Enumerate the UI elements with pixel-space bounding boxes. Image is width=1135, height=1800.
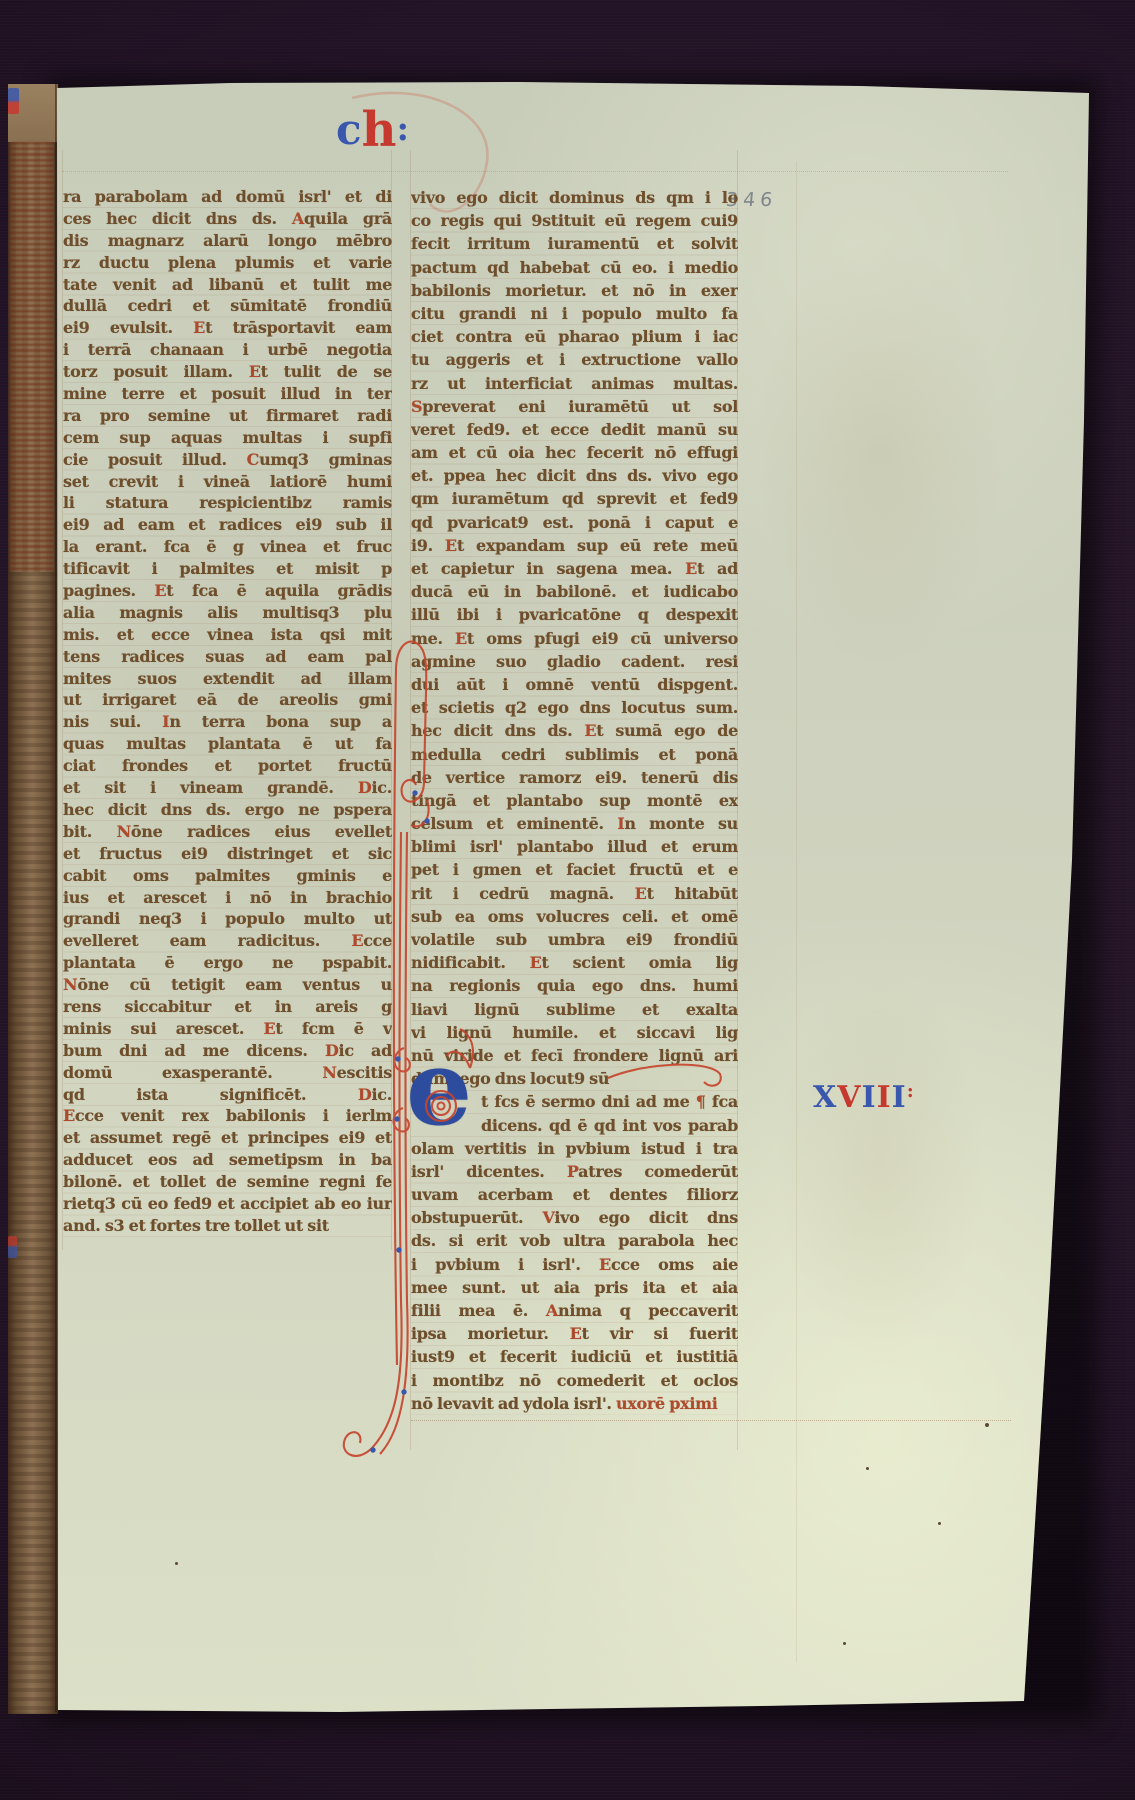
text-line: ciat frondes et portet fructū bbox=[63, 755, 392, 777]
rubricated-letter: : bbox=[907, 1080, 915, 1102]
text-line: mee sunt. ut aia pris ita et aia bbox=[411, 1276, 738, 1299]
script-text: escitis bbox=[337, 1063, 392, 1082]
script-text: pagines. bbox=[63, 581, 154, 600]
script-text: ivo ego dicit dns bbox=[554, 1208, 738, 1227]
text-line: adducet eos ad semetipsm in ba bbox=[63, 1149, 392, 1171]
text-line: mites suos extendit ad illam bbox=[63, 668, 392, 690]
script-text: et capietur in sagena mea. bbox=[411, 559, 685, 578]
text-line: qd ista significēt. Dic. bbox=[63, 1084, 392, 1106]
text-line: i montibz nō comederit et oclos bbox=[411, 1369, 738, 1392]
script-text: uvam acerbam et dentes filiorz bbox=[411, 1185, 738, 1204]
adjacent-folio-title-mark bbox=[8, 88, 19, 114]
script-text: liavi lignū sublime et exalta bbox=[411, 1000, 738, 1019]
script-text: vi lignū humile. et siccavi lig bbox=[411, 1023, 738, 1042]
manuscript-photo: { "folio_number": "346", "running_title"… bbox=[0, 0, 1135, 1800]
text-line: minis sui arescet. Et fcm ē v bbox=[63, 1018, 392, 1040]
speck bbox=[985, 1423, 989, 1427]
script-text: t sumā ego de bbox=[596, 721, 738, 740]
script-text: olam vertitis in pvbium istud i tra bbox=[411, 1139, 738, 1158]
rubricated-letter: P bbox=[567, 1162, 578, 1181]
script-text: t oms pfugi ei9 cū universo bbox=[467, 629, 738, 648]
fore-edge-of-underlying-folios bbox=[8, 84, 58, 1714]
script-text: preverat eni iuramētū ut sol bbox=[422, 397, 738, 416]
text-line: filii mea ē. Anima q peccaverit bbox=[411, 1299, 738, 1322]
script-text: ducā eū in babilonē. et iudicabo bbox=[411, 582, 738, 601]
text-line: alia magnis alis multisq3 plu bbox=[63, 602, 392, 624]
text-column-left: ra parabolam ad domū isrl' et dices hec … bbox=[63, 186, 392, 1237]
script-text: citu grandi ni i populo multo fa bbox=[411, 304, 738, 323]
script-text: tingā et plantabo sup montē ex bbox=[411, 791, 738, 810]
text-line: medulla cedri sublimis et ponā bbox=[411, 743, 738, 766]
script-text: t trāsportavit eam bbox=[205, 318, 392, 337]
script-text: t hitabūt bbox=[647, 884, 738, 903]
text-line: ut irrigaret eā de areolis gmi bbox=[63, 689, 392, 711]
text-line: bilonē. et tollet de semine regni fe bbox=[63, 1171, 392, 1193]
script-text: dicens. qd ē qd int vos parab bbox=[481, 1116, 738, 1135]
text-line: dullā cedri et sūmitatē frondiū bbox=[63, 295, 392, 317]
script-text: medulla cedri sublimis et ponā bbox=[411, 745, 738, 764]
script-text: ōne radices eius evellet bbox=[131, 822, 392, 841]
text-line: rz ductu plena plumis et varie bbox=[63, 252, 392, 274]
script-text: co regis qui 9stituit eū regem cui9 bbox=[411, 211, 738, 230]
ruling-vertical-line bbox=[391, 150, 392, 1250]
script-text: mee sunt. ut aia pris ita et aia bbox=[411, 1278, 738, 1297]
fore-edge-lower bbox=[8, 572, 58, 1714]
script-text: rz ut interficiat animas multas. bbox=[411, 374, 738, 393]
script-text: am et cū oia hec fecerit nō effugi bbox=[411, 443, 738, 462]
text-line: dui aūt i omnē ventū dispgent. bbox=[411, 673, 738, 696]
script-text: rit i cedrū magnā. bbox=[411, 884, 635, 903]
script-text: t vir si fuerit bbox=[582, 1324, 738, 1343]
text-line: bit. Nōne radices eius evellet bbox=[63, 821, 392, 843]
ruling-vertical-line bbox=[62, 150, 63, 1250]
text-line: torz posuit illam. Et tulit de se bbox=[63, 361, 392, 383]
script-text: et fructus ei9 distringet et sic bbox=[63, 844, 392, 863]
rubricated-letter: V bbox=[837, 1080, 861, 1115]
text-line: mis. et ecce vinea ista qsi mit bbox=[63, 624, 392, 646]
rubricated-letter: E bbox=[584, 721, 596, 740]
script-text: bilonē. et tollet de semine regni fe bbox=[63, 1172, 392, 1191]
script-text: na regionis quia ego dns. humi bbox=[411, 976, 738, 995]
script-text: la erant. fca ē g vinea et fruc bbox=[63, 537, 392, 556]
text-column-right: vivo ego dicit dominus ds qm i loco regi… bbox=[411, 186, 738, 1415]
script-text: ra pro semine ut firmaret radi bbox=[63, 406, 392, 425]
text-line: pactum qd habebat cū eo. i medio bbox=[411, 256, 738, 279]
text-line: la erant. fca ē g vinea et fruc bbox=[63, 536, 392, 558]
script-text: pactum qd habebat cū eo. i medio bbox=[411, 258, 738, 277]
rubricated-letter: E bbox=[445, 536, 457, 555]
text-line: mine terre et posuit illud in ter bbox=[63, 383, 392, 405]
rubricated-letter: E bbox=[154, 581, 166, 600]
text-line: liavi lignū sublime et exalta bbox=[411, 998, 738, 1021]
script-text: me. bbox=[411, 629, 455, 648]
script-text: t tulit de se bbox=[261, 362, 392, 381]
rubricated-letter: A bbox=[292, 209, 304, 228]
rubricated-letter: D bbox=[358, 1085, 372, 1104]
ruling-horizontal-line bbox=[62, 171, 1008, 172]
chapter-number-xviii: XVIII: bbox=[813, 1082, 915, 1113]
script-text: nima q peccaverit bbox=[558, 1301, 738, 1320]
script-text: cce oms aie bbox=[611, 1255, 738, 1274]
text-line: olam vertitis in pvbium istud i tra bbox=[411, 1137, 738, 1160]
script-text: ōne cū tetigit eam ventus u bbox=[77, 975, 392, 994]
script-text: ei9 evulsit. bbox=[63, 318, 193, 337]
script-text: cabit oms palmites gminis e bbox=[63, 866, 392, 885]
script-text: sub ea oms volucres celi. et omē bbox=[411, 907, 738, 926]
text-line: vivo ego dicit dominus ds qm i lo bbox=[411, 186, 738, 209]
script-text: adducet eos ad semetipsm in ba bbox=[63, 1150, 392, 1169]
script-text: n terra bona sup a bbox=[169, 712, 392, 731]
rubricated-letter: E bbox=[63, 1106, 75, 1125]
script-text: blimi isrl' plantabo illud et erum bbox=[411, 837, 738, 856]
penwork-red-strokes bbox=[344, 93, 721, 1456]
rubricated-letter: c bbox=[336, 109, 362, 151]
script-text: plantata ē ergo ne pspabit. bbox=[63, 953, 392, 972]
parchment-stain bbox=[775, 970, 985, 1360]
rubricated-letter: I bbox=[892, 1080, 907, 1115]
script-text: ciat frondes et portet fructū bbox=[63, 756, 392, 775]
text-line: veret fed9. et ecce dedit manū su bbox=[411, 418, 738, 441]
script-text: t expandam sup eū rete meū bbox=[457, 536, 738, 555]
rubricated-letter: E bbox=[249, 362, 261, 381]
script-text: cce venit rex babilonis i ierlm bbox=[75, 1106, 392, 1125]
script-text: t fca ē aquila grādis bbox=[166, 581, 392, 600]
text-line: et fructus ei9 distringet et sic bbox=[63, 843, 392, 865]
text-line: uvam acerbam et dentes filiorz bbox=[411, 1183, 738, 1206]
folio-number: 346 bbox=[725, 189, 778, 211]
text-line: fecit irritum iuramentū et solvit bbox=[411, 232, 738, 255]
text-line: i terrā chanaan i urbē negotia bbox=[63, 339, 392, 361]
script-text: de vertice ramorz ei9. tenerū dis bbox=[411, 768, 738, 787]
script-text: set crevit i vineā latiorē humi bbox=[63, 472, 392, 491]
text-line: vi lignū humile. et siccavi lig bbox=[411, 1021, 738, 1044]
rubricated-letter: N bbox=[63, 975, 77, 994]
script-text: ei9 ad eam et radices ei9 sub il bbox=[63, 515, 392, 534]
script-text: torz posuit illam. bbox=[63, 362, 249, 381]
script-text: fca bbox=[706, 1092, 738, 1111]
rubricated-letter: E bbox=[455, 629, 467, 648]
speck bbox=[843, 1642, 846, 1645]
text-line: Spreverat eni iuramētū ut sol bbox=[411, 395, 738, 418]
script-text: hec dicit dns ds. bbox=[411, 721, 584, 740]
speck bbox=[938, 1522, 941, 1525]
text-line: illū ibi i pvaricatōne q despexit bbox=[411, 603, 738, 626]
rubricated-letter: ¶ bbox=[696, 1092, 706, 1111]
text-line: tate venit ad libanū et tulit me bbox=[63, 274, 392, 296]
text-line: babilonis morietur. et nō in exer bbox=[411, 279, 738, 302]
rubricated-letter: : bbox=[396, 112, 409, 146]
adjacent-folio-mark bbox=[8, 1236, 17, 1258]
script-text: agmine suo gladio cadent. resi bbox=[411, 652, 738, 671]
penwork-blue-dots bbox=[370, 790, 429, 1452]
rubricated-letter: E bbox=[599, 1255, 611, 1274]
text-line: ra parabolam ad domū isrl' et di bbox=[63, 186, 392, 208]
rubricated-letter: I bbox=[877, 1080, 892, 1115]
rubricated-letter: E bbox=[264, 1019, 276, 1038]
text-line: plantata ē ergo ne pspabit. bbox=[63, 952, 392, 974]
script-text: quila grā bbox=[304, 209, 392, 228]
text-line: de vertice ramorz ei9. tenerū dis bbox=[411, 766, 738, 789]
script-text: ipsa morietur. bbox=[411, 1324, 570, 1343]
rubricated-letter: E bbox=[685, 559, 697, 578]
text-line: li statura respicientibz ramis bbox=[63, 492, 392, 514]
text-line: celsum et eminentē. In monte su bbox=[411, 812, 738, 835]
script-text: domū exasperantē. bbox=[63, 1063, 322, 1082]
script-text: li statura respicientibz ramis bbox=[63, 493, 392, 512]
script-text: ces hec dicit dns ds. bbox=[63, 209, 292, 228]
script-text: ius et arescet i nō in brachio bbox=[63, 888, 392, 907]
script-text: n monte su bbox=[624, 814, 738, 833]
script-text: cce bbox=[363, 931, 392, 950]
running-title: ch: bbox=[336, 106, 409, 154]
text-line: tu aggeris et i extructione vallo bbox=[411, 348, 738, 371]
text-line: rens siccabitur et in areis g bbox=[63, 996, 392, 1018]
text-line: isrl' dicentes. Patres comederūt bbox=[411, 1160, 738, 1183]
script-text: et scietis q2 ego dns locutus sum. bbox=[411, 698, 738, 717]
rubricated-letter: A bbox=[546, 1301, 558, 1320]
script-text: ic. bbox=[372, 1085, 393, 1104]
script-text: qm iuramētum qd sprevit et fed9 bbox=[411, 489, 738, 508]
text-line: tens radices suas ad eam pal bbox=[63, 646, 392, 668]
script-text: mites suos extendit ad illam bbox=[63, 669, 392, 688]
text-line: Nōne cū tetigit eam ventus u bbox=[63, 974, 392, 996]
text-line: Ecce venit rex babilonis i ierlm bbox=[63, 1105, 392, 1127]
text-line: nis sui. In terra bona sup a bbox=[63, 711, 392, 733]
script-text: rz ductu plena plumis et varie bbox=[63, 253, 392, 272]
rubricated-letter: D bbox=[358, 778, 372, 797]
script-text: bit. bbox=[63, 822, 117, 841]
rubricated-letter: I bbox=[162, 712, 169, 731]
script-text: ic. bbox=[372, 778, 393, 797]
script-text: tate venit ad libanū et tulit me bbox=[63, 275, 392, 294]
text-line: ces hec dicit dns ds. Aquila grā bbox=[63, 208, 392, 230]
text-line: ra pro semine ut firmaret radi bbox=[63, 405, 392, 427]
text-line: volatile sub umbra ei9 frondiū bbox=[411, 928, 738, 951]
text-line: grandi neq3 i populo multo ut bbox=[63, 908, 392, 930]
text-line: ducā eū in babilonē. et iudicabo bbox=[411, 580, 738, 603]
script-text: filii mea ē. bbox=[411, 1301, 546, 1320]
text-line: nū viride et fecī frondere lignū ari bbox=[411, 1044, 738, 1067]
script-text: ra parabolam ad domū isrl' et di bbox=[63, 187, 392, 206]
script-text: nidificabit. bbox=[411, 953, 530, 972]
script-text: t fcs ē sermo dni ad me bbox=[481, 1092, 696, 1111]
text-line: ds. si erit vob ultra parabola hec bbox=[411, 1229, 738, 1252]
text-line: et scietis q2 ego dns locutus sum. bbox=[411, 696, 738, 719]
ruling-vertical-line bbox=[796, 162, 797, 1662]
text-line: co regis qui 9stituit eū regem cui9 bbox=[411, 209, 738, 232]
text-line: et. ppea hec dicit dns ds. vivo ego bbox=[411, 464, 738, 487]
text-line: qd pvaricat9 est. ponā i caput e bbox=[411, 511, 738, 534]
script-text: isrl' dicentes. bbox=[411, 1162, 567, 1181]
text-line: evelleret eam radicitus. Ecce bbox=[63, 930, 392, 952]
rubricated-letter: uxorē pximi bbox=[616, 1394, 718, 1413]
text-line: agmine suo gladio cadent. resi bbox=[411, 650, 738, 673]
script-text: i pvbium i isrl'. bbox=[411, 1255, 599, 1274]
script-text: tens radices suas ad eam pal bbox=[63, 647, 392, 666]
text-line: dis magnarz alarū longo mēbro bbox=[63, 230, 392, 252]
penwork-flourish-layer bbox=[0, 0, 1135, 1800]
script-text: quas multas plantata ē ut fa bbox=[63, 734, 392, 753]
text-line: qm iuramētum qd sprevit et fed9 bbox=[411, 487, 738, 510]
script-text: illū ibi i pvaricatōne q despexit bbox=[411, 605, 738, 624]
rubricated-letter: I bbox=[617, 814, 624, 833]
speck bbox=[175, 1562, 178, 1565]
script-text: celsum et eminentē. bbox=[411, 814, 617, 833]
script-text: and. s3 et fortes tre tollet ut sit bbox=[63, 1216, 329, 1235]
text-line: cie posuit illud. Cumq3 gminas bbox=[63, 449, 392, 471]
script-text: i terrā chanaan i urbē negotia bbox=[63, 340, 392, 359]
text-line: cabit oms palmites gminis e bbox=[63, 865, 392, 887]
script-text: i montibz nō comederit et oclos bbox=[411, 1371, 738, 1390]
text-line: obstupuerūt. Vivo ego dicit dns bbox=[411, 1206, 738, 1229]
text-line: set crevit i vineā latiorē humi bbox=[63, 471, 392, 493]
script-text: qd pvaricat9 est. ponā i caput e bbox=[411, 513, 738, 532]
script-text: tu aggeris et i extructione vallo bbox=[411, 350, 738, 369]
script-text: t scient omia lig bbox=[542, 953, 738, 972]
rubricated-letter: V bbox=[542, 1208, 554, 1227]
script-text: t fcm ē v bbox=[275, 1019, 392, 1038]
parchment-stain bbox=[755, 235, 1005, 665]
text-line: iust9 et fecerit iudiciū et iustitiā bbox=[411, 1345, 738, 1368]
text-line: rit i cedrū magnā. Et hitabūt bbox=[411, 882, 738, 905]
rubricated-letter: S bbox=[411, 397, 422, 416]
script-text: alia magnis alis multisq3 plu bbox=[63, 603, 392, 622]
text-line: sub ea oms volucres celi. et omē bbox=[411, 905, 738, 928]
script-text: atres comederūt bbox=[578, 1162, 738, 1181]
text-line: pet i gmen et faciet fructū et e bbox=[411, 858, 738, 881]
script-text: et. ppea hec dicit dns ds. vivo ego bbox=[411, 466, 738, 485]
script-text: mine terre et posuit illud in ter bbox=[63, 384, 392, 403]
script-text: ic ad bbox=[339, 1041, 392, 1060]
script-text: et sit i vineam grandē. bbox=[63, 778, 358, 797]
script-text: mis. et ecce vinea ista qsi mit bbox=[63, 625, 392, 644]
ruling-horizontal-line bbox=[411, 1420, 1011, 1421]
script-text: ciet contra eū pharao plium i iac bbox=[411, 327, 738, 346]
text-line: rz ut interficiat animas multas. bbox=[411, 372, 738, 395]
ruling-vertical-line bbox=[737, 150, 738, 1450]
script-text: nis sui. bbox=[63, 712, 162, 731]
script-text: umq3 gminas bbox=[259, 450, 392, 469]
text-line: domū exasperantē. Nescitis bbox=[63, 1062, 392, 1084]
script-text: vivo ego dicit dominus ds qm i lo bbox=[411, 188, 738, 207]
text-line: ipsa morietur. Et vir si fuerit bbox=[411, 1322, 738, 1345]
text-line: am et cū oia hec fecerit nō effugi bbox=[411, 441, 738, 464]
text-line: bum dni ad me dicens. Dic ad bbox=[63, 1040, 392, 1062]
text-line: rietq3 cū eo fed9 et accipiet ab eo iur bbox=[63, 1193, 392, 1215]
text-line: ciet contra eū pharao plium i iac bbox=[411, 325, 738, 348]
script-text: nō levavit ad ydola isrl'. bbox=[411, 1394, 616, 1413]
text-line: na regionis quia ego dns. humi bbox=[411, 974, 738, 997]
script-text: grandi neq3 i populo multo ut bbox=[63, 909, 392, 928]
rubricated-letter: E bbox=[351, 931, 363, 950]
script-text: rens siccabitur et in areis g bbox=[63, 997, 392, 1016]
script-text: obstupuerūt. bbox=[411, 1208, 542, 1227]
script-text: volatile sub umbra ei9 frondiū bbox=[411, 930, 738, 949]
script-text: cem sup aquas multas i supfi bbox=[63, 428, 392, 447]
script-text: hec dicit dns ds. ergo ne pspera bbox=[63, 800, 392, 819]
script-text: ds. si erit vob ultra parabola hec bbox=[411, 1231, 738, 1250]
text-line: pagines. Et fca ē aquila grādis bbox=[63, 580, 392, 602]
script-text: et assumet regē et principes ei9 et bbox=[63, 1128, 392, 1147]
text-line: ius et arescet i nō in brachio bbox=[63, 887, 392, 909]
text-line: dicens. qd ē qd int vos parab bbox=[411, 1114, 738, 1137]
script-text: veret fed9. et ecce dedit manū su bbox=[411, 420, 738, 439]
text-line: tificavit i palmites et misit p bbox=[63, 558, 392, 580]
text-line: t fcs ē sermo dni ad me ¶ fca bbox=[411, 1090, 738, 1113]
text-line: dum. ego dns locut9 sū bbox=[411, 1067, 738, 1090]
script-text: dui aūt i omnē ventū dispgent. bbox=[411, 675, 738, 694]
rubricated-letter: E bbox=[635, 884, 647, 903]
rubricated-letter: h bbox=[362, 106, 397, 154]
text-line: et capietur in sagena mea. Et ad bbox=[411, 557, 738, 580]
script-text: evelleret eam radicitus. bbox=[63, 931, 351, 950]
ruling-vertical-line bbox=[410, 150, 411, 1450]
fore-edge-text-bleed bbox=[10, 142, 54, 572]
text-line: hec dicit dns ds. ergo ne pspera bbox=[63, 799, 392, 821]
text-line: citu grandi ni i populo multo fa bbox=[411, 302, 738, 325]
rubricated-letter: E bbox=[570, 1324, 582, 1343]
rubricated-letter: I bbox=[862, 1080, 877, 1115]
script-text: dullā cedri et sūmitatē frondiū bbox=[63, 296, 392, 315]
script-text: i9. bbox=[411, 536, 445, 555]
text-line: and. s3 et fortes tre tollet ut sit bbox=[63, 1215, 392, 1237]
text-line: quas multas plantata ē ut fa bbox=[63, 733, 392, 755]
rubricated-letter: D bbox=[325, 1041, 339, 1060]
parchment-leaf: ch: 346 XVIII: ra parabolam ad domū isrl… bbox=[0, 0, 1135, 1800]
rubricated-letter: E bbox=[530, 953, 542, 972]
chapter-initial-letter: e bbox=[406, 1036, 476, 1146]
script-text: tificavit i palmites et misit p bbox=[63, 559, 392, 578]
script-text: rietq3 cū eo fed9 et accipiet ab eo iur bbox=[63, 1194, 392, 1213]
rubricated-letter: N bbox=[117, 822, 131, 841]
rubricated-letter: N bbox=[322, 1063, 336, 1082]
script-text: bum dni ad me dicens. bbox=[63, 1041, 325, 1060]
text-line: me. Et oms pfugi ei9 cū universo bbox=[411, 627, 738, 650]
script-text: iust9 et fecerit iudiciū et iustitiā bbox=[411, 1347, 738, 1366]
script-text: qd ista significēt. bbox=[63, 1085, 358, 1104]
text-line: tingā et plantabo sup montē ex bbox=[411, 789, 738, 812]
script-text: nū viride et fecī frondere lignū ari bbox=[411, 1046, 738, 1065]
script-text: minis sui arescet. bbox=[63, 1019, 264, 1038]
speck bbox=[866, 1467, 869, 1470]
text-line: cem sup aquas multas i supfi bbox=[63, 427, 392, 449]
script-text: dum. ego dns locut9 sū bbox=[411, 1069, 609, 1088]
text-line: blimi isrl' plantabo illud et erum bbox=[411, 835, 738, 858]
text-line: nō levavit ad ydola isrl'. uxorē pximi bbox=[411, 1392, 738, 1415]
text-line: et assumet regē et principes ei9 et bbox=[63, 1127, 392, 1149]
text-line: et sit i vineam grandē. Dic. bbox=[63, 777, 392, 799]
script-text: cie posuit illud. bbox=[63, 450, 247, 469]
text-line: i pvbium i isrl'. Ecce oms aie bbox=[411, 1253, 738, 1276]
text-line: ei9 evulsit. Et trāsportavit eam bbox=[63, 317, 392, 339]
script-text: pet i gmen et faciet fructū et e bbox=[411, 860, 738, 879]
script-text: dis magnarz alarū longo mēbro bbox=[63, 231, 392, 250]
script-text: babilonis morietur. et nō in exer bbox=[411, 281, 738, 300]
text-line: ei9 ad eam et radices ei9 sub il bbox=[63, 514, 392, 536]
script-text: fecit irritum iuramentū et solvit bbox=[411, 234, 738, 253]
rubricated-letter: C bbox=[247, 450, 259, 469]
script-text: ut irrigaret eā de areolis gmi bbox=[63, 690, 392, 709]
text-line: nidificabit. Et scient omia lig bbox=[411, 951, 738, 974]
rubricated-letter: E bbox=[193, 318, 205, 337]
text-line: i9. Et expandam sup eū rete meū bbox=[411, 534, 738, 557]
rubricated-letter: X bbox=[813, 1080, 837, 1115]
script-text: t ad bbox=[697, 559, 738, 578]
text-line: hec dicit dns ds. Et sumā ego de bbox=[411, 719, 738, 742]
